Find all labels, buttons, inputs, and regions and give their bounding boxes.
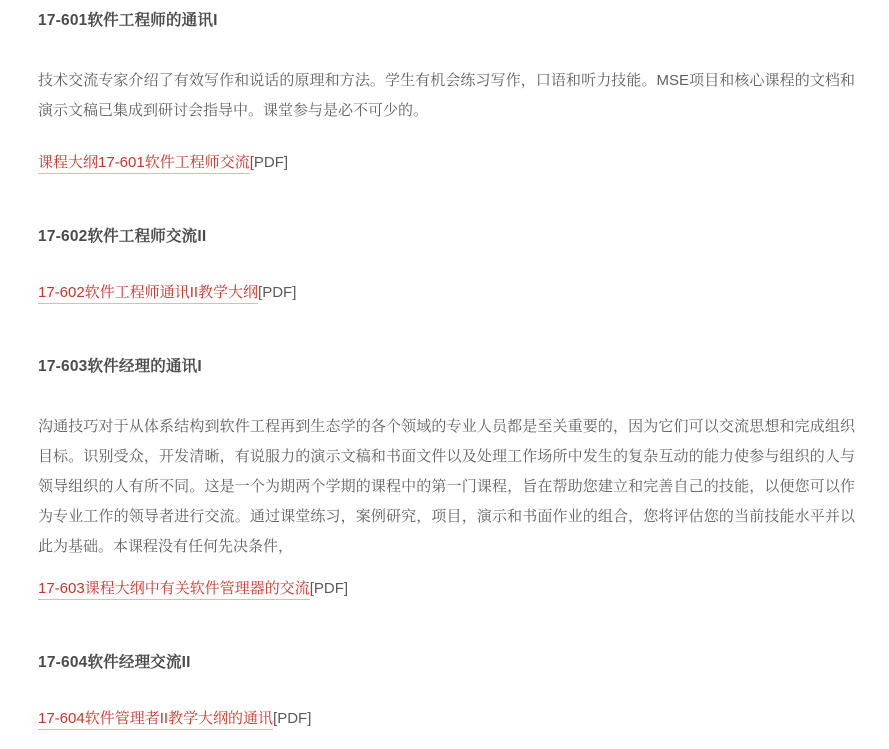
- course-section-17-603: 17-603软件经理的通讯I 沟通技巧对于从体系结构到软件工程再到生态学的各个领…: [38, 356, 855, 604]
- course-heading: 17-601软件工程师的通讯I: [38, 10, 855, 32]
- course-section-17-601: 17-601软件工程师的通讯I 技术交流专家介绍了有效写作和说话的原理和方法。学…: [38, 10, 855, 178]
- course-section-17-602: 17-602软件工程师交流II 17-602软件工程师通讯II教学大纲[PDF]: [38, 226, 855, 308]
- course-heading: 17-604软件经理交流II: [38, 652, 855, 674]
- course-section-17-604: 17-604软件经理交流II 17-604软件管理者II教学大纲的通讯[PDF]: [38, 652, 855, 734]
- syllabus-line: 课程大纲17-601软件工程师交流[PDF]: [38, 148, 855, 178]
- syllabus-pdf-link[interactable]: 课程大纲17-601软件工程师交流: [38, 154, 250, 174]
- course-description: 沟通技巧对于从体系结构到软件工程再到生态学的各个领域的专业人员都是至关重要的，因…: [38, 412, 855, 562]
- syllabus-line: 17-604软件管理者II教学大纲的通讯[PDF]: [38, 704, 855, 734]
- pdf-suffix-label: [PDF]: [258, 284, 296, 301]
- pdf-suffix-label: [PDF]: [310, 580, 348, 597]
- syllabus-pdf-link[interactable]: 17-603课程大纲中有关软件管理器的交流: [38, 580, 310, 600]
- syllabus-pdf-link[interactable]: 17-602软件工程师通讯II教学大纲: [38, 284, 258, 304]
- pdf-suffix-label: [PDF]: [250, 154, 288, 171]
- pdf-suffix-label: [PDF]: [273, 710, 311, 727]
- course-heading: 17-602软件工程师交流II: [38, 226, 855, 248]
- syllabus-line: 17-602软件工程师通讯II教学大纲[PDF]: [38, 278, 855, 308]
- syllabus-line: 17-603课程大纲中有关软件管理器的交流[PDF]: [38, 574, 855, 604]
- course-description: 技术交流专家介绍了有效写作和说话的原理和方法。学生有机会练习写作，口语和听力技能…: [38, 66, 855, 126]
- course-heading: 17-603软件经理的通讯I: [38, 356, 855, 378]
- course-listing-page: 17-601软件工程师的通讯I 技术交流专家介绍了有效写作和说话的原理和方法。学…: [0, 0, 889, 749]
- syllabus-pdf-link[interactable]: 17-604软件管理者II教学大纲的通讯: [38, 710, 273, 730]
